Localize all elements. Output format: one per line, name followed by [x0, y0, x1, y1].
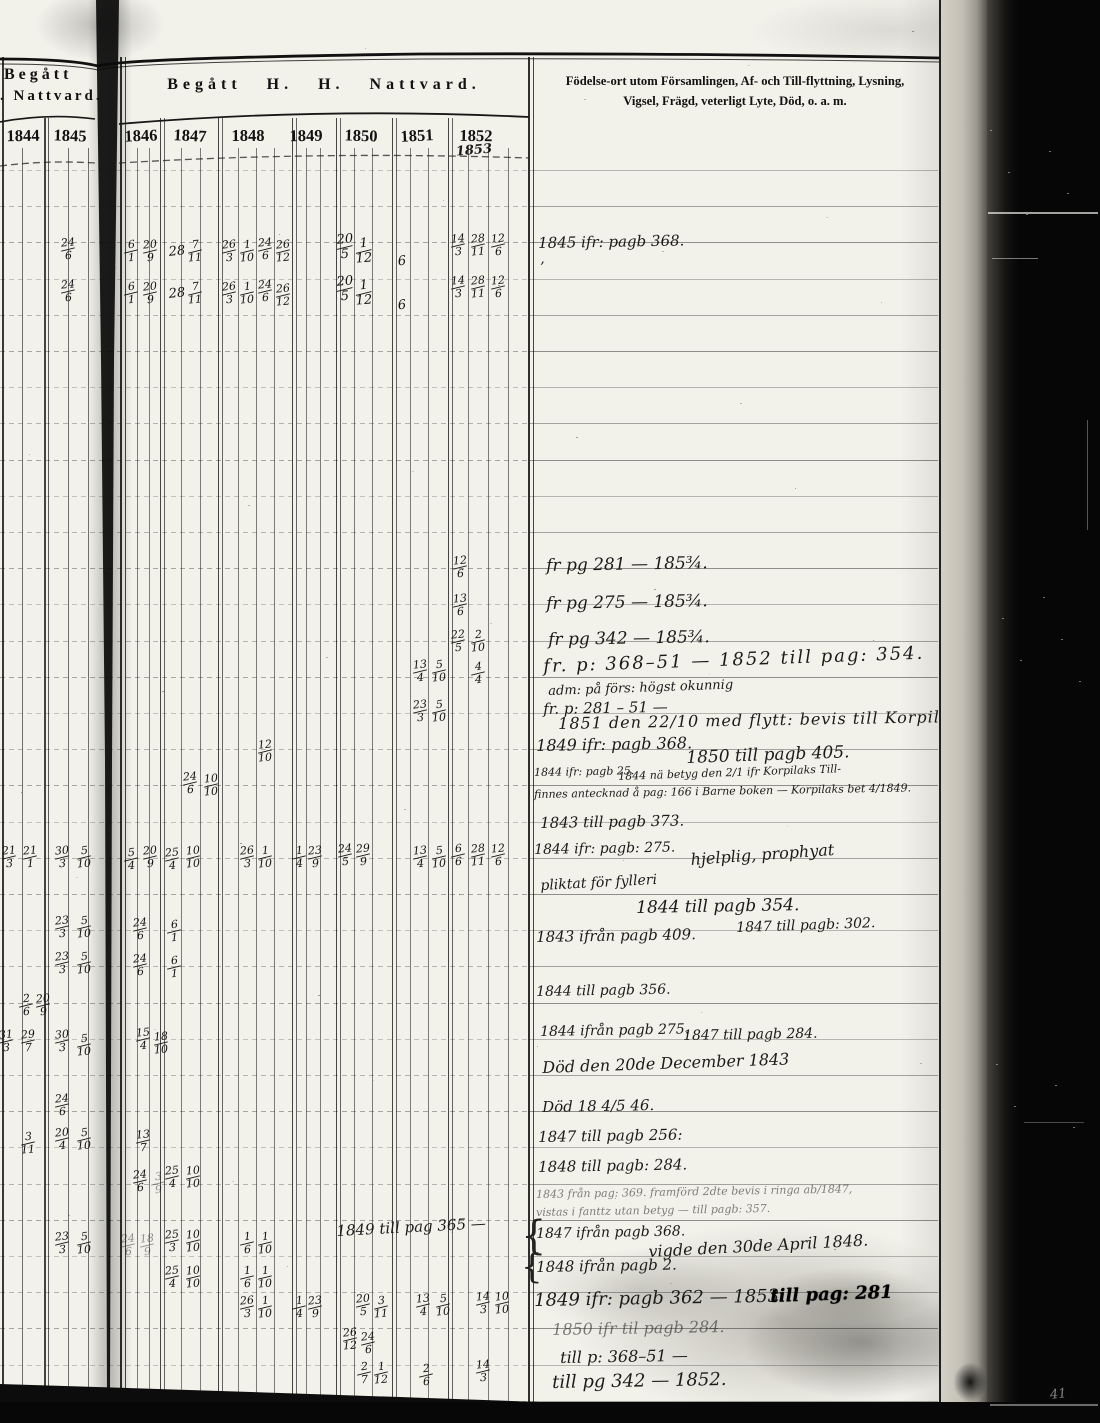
margin-note: 1848 ifrån pagb 2.: [536, 1256, 677, 1276]
paper-speck: [193, 420, 194, 421]
column-rule: [508, 148, 509, 1402]
date-part: 5: [80, 1232, 88, 1243]
date-part: 1: [243, 282, 251, 293]
communion-date-entry: 299: [356, 844, 370, 867]
communion-date-entry: 263: [240, 846, 254, 869]
communion-date-entry: 510: [432, 846, 446, 869]
column-rule: [256, 148, 257, 1402]
margin-note: till pag: 281: [770, 1282, 893, 1307]
date-part: 3: [5, 859, 13, 870]
row-rule: [530, 387, 938, 388]
date-part: 3: [454, 247, 462, 258]
margin-note: Död 18 4/5 46.: [542, 1096, 654, 1116]
date-part: 5: [340, 291, 349, 304]
communion-date-entry: 28: [168, 285, 186, 302]
communion-date-entry: 246: [61, 238, 75, 261]
date-part: 9: [146, 295, 154, 306]
communion-date-entry: 134: [413, 660, 427, 683]
date-part: 2: [422, 1364, 430, 1375]
communion-date-entry: 2811: [471, 276, 485, 299]
communion-date-entry: 28: [168, 243, 186, 260]
date-part: 12: [276, 253, 291, 264]
scan-dust-speck: [1079, 681, 1081, 682]
communion-date-entry: 233: [413, 700, 427, 723]
paper-speck: [498, 285, 500, 286]
column-rule: [468, 148, 469, 1402]
communion-date-entry: 112: [356, 280, 373, 307]
date-part: 1: [377, 1362, 385, 1373]
scan-dust-speck: [1055, 1085, 1057, 1086]
paper-speck: [834, 1249, 836, 1250]
communion-date-entry: 209: [143, 240, 157, 263]
margin-note: 1844 till pagb 356.: [536, 982, 671, 1000]
communion-date-entry: 134: [416, 1294, 430, 1317]
paper-speck: [920, 1063, 922, 1064]
row-rule: [0, 1075, 530, 1076]
row-rule: [530, 206, 938, 207]
date-part: 1: [261, 1296, 269, 1307]
row-rule: [530, 279, 938, 280]
column-rule: [274, 148, 275, 1402]
date-part: 9: [146, 859, 154, 870]
paper-speck: [412, 471, 414, 472]
date-part: 6: [58, 1107, 66, 1118]
communion-date-entry: 1210: [258, 740, 272, 763]
communion-date-entry: 110: [258, 846, 272, 869]
row-rule: [0, 785, 530, 786]
communion-date-entry: 297: [21, 1030, 35, 1053]
communion-date-entry: 303: [55, 846, 69, 869]
register-page-paper: Begått . Nattvard. Begått H. H. Nattvard…: [0, 0, 941, 1402]
communion-date-entry: 246: [55, 1094, 69, 1117]
date-part: 3: [24, 1132, 32, 1143]
page-edge-shading: [900, 0, 941, 1402]
paper-speck: [748, 65, 750, 66]
date-part: 1: [261, 1232, 269, 1243]
communion-date-entry: 136: [453, 594, 467, 617]
scan-scratch: [988, 212, 1098, 214]
date-part: 10: [186, 1179, 201, 1190]
date-part: 1: [359, 280, 368, 293]
communion-date-entry: 233: [55, 952, 69, 975]
communion-date-entry: 233: [55, 1232, 69, 1255]
date-part: 12: [276, 297, 291, 308]
communion-date-entry: 6: [397, 254, 407, 270]
scan-scratch: [1087, 420, 1088, 530]
column-rule: [428, 148, 429, 1402]
scan-dust-speck: [1073, 1127, 1075, 1128]
margin-note: 1849 ifr: pagb 368.: [536, 733, 692, 755]
communion-date-entry: 1010: [186, 1230, 200, 1253]
paper-speck: [826, 217, 828, 218]
date-part: 6: [243, 1279, 251, 1290]
date-part: 5: [80, 1034, 88, 1045]
margin-note: fr pg 275 — 185¾.: [546, 591, 708, 614]
margin-note: 1844 till pagb 354.: [636, 895, 800, 918]
row-rule: [530, 966, 938, 967]
date-part: 6: [170, 956, 178, 967]
communion-date-entry: 1010: [204, 774, 218, 797]
date-part: 5: [435, 700, 443, 711]
year-label: 1845: [53, 125, 87, 146]
column-rule: [200, 148, 201, 1402]
row-rule: [530, 532, 938, 533]
margin-note: 1847 till pagb 256:: [538, 1125, 683, 1146]
year-label: 1847: [173, 125, 207, 147]
date-part: 3: [243, 859, 251, 870]
date-part: 6: [261, 293, 269, 304]
communion-date-entry: 205: [356, 1294, 370, 1317]
scan-dust-speck: [1002, 618, 1004, 619]
date-part: 3: [58, 1245, 66, 1256]
date-part: 4: [419, 1307, 427, 1318]
row-rule: [0, 1365, 530, 1366]
date-part: 11: [471, 247, 486, 258]
row-rule: [0, 1003, 530, 1004]
margin-note: 1847 till pagb: 302.: [736, 915, 876, 936]
row-rule: [0, 713, 530, 714]
date-part: 6: [456, 569, 464, 580]
margin-note: vistas i fanttz utan betyg — till pagb: …: [536, 1202, 770, 1219]
date-part: 10: [258, 859, 273, 870]
date-part: 1: [243, 1266, 251, 1277]
date-part: 5: [435, 660, 443, 671]
scan-scratch: [990, 1404, 1098, 1406]
date-part: 11: [188, 295, 203, 306]
row-rule: [530, 496, 938, 497]
paper-speck: [248, 505, 250, 506]
communion-date-entry: 263: [222, 240, 236, 263]
column-rule: [306, 148, 307, 1402]
date-part: 9: [311, 1309, 319, 1320]
margin-note: hjelplig, prophyat: [690, 840, 835, 869]
date-part: 6: [261, 251, 269, 262]
paper-speck: [576, 437, 578, 438]
column-rule: [336, 118, 337, 1402]
communion-date-entry: 2811: [471, 844, 485, 867]
scan-dust-speck: [1020, 660, 1022, 661]
date-part: 3: [58, 965, 66, 976]
paper-speck: [670, 1283, 672, 1284]
date-part: 5: [80, 952, 88, 963]
date-part: 4: [474, 675, 482, 686]
date-part: 6: [64, 251, 72, 262]
column-rule: [218, 118, 219, 1402]
scan-dust-speck: [996, 1064, 998, 1065]
row-rule: [530, 1003, 938, 1004]
communion-date-entry: 205: [337, 276, 354, 303]
scan-bottom-black-edge: [0, 1402, 1100, 1423]
date-part: 6: [494, 289, 502, 300]
communion-date-entry: 204: [55, 1128, 69, 1151]
date-part: 5: [80, 916, 88, 927]
date-part: 1: [261, 846, 269, 857]
paper-speck: [76, 877, 78, 878]
communion-date-entry: 209: [143, 282, 157, 305]
communion-date-entry: 239: [308, 846, 322, 869]
date-part: 3: [243, 1309, 251, 1320]
margin-note: 1847 ifrån pagb 368.: [536, 1223, 685, 1242]
paper-speck: [154, 1029, 156, 1030]
book-gutter-shadow: [88, 0, 132, 1402]
communion-date-entry: 210: [471, 630, 485, 653]
communion-date-entry: 110: [240, 282, 254, 305]
notes-header-line2: Vigsel, Frägd, veterligt Lyte, Död, o. a…: [534, 92, 936, 112]
communion-date-entry: 711: [188, 240, 202, 263]
communion-date-entry: 209: [143, 846, 157, 869]
row-rule: [0, 532, 530, 533]
row-rule: [0, 822, 530, 823]
communion-date-entry: 1010: [186, 1266, 200, 1289]
date-part: 1: [295, 846, 303, 857]
communion-date-entry: 2612: [276, 284, 290, 307]
date-part: 4: [295, 859, 303, 870]
communion-date-entry: 126: [453, 556, 467, 579]
date-part: 3: [58, 929, 66, 940]
communion-date-entry: 254: [165, 1266, 179, 1289]
scan-dust-speck: [990, 130, 992, 131]
date-part: 3: [58, 1043, 66, 1054]
communion-date-entry: 211: [23, 846, 37, 869]
date-part: 12: [355, 295, 372, 308]
paper-speck: [451, 1232, 452, 1233]
date-part: 9: [359, 857, 367, 868]
column-rule: [137, 148, 138, 1402]
date-part: 3: [479, 1305, 487, 1316]
date-part: 2: [22, 994, 30, 1005]
date-part: 10: [186, 1243, 201, 1254]
communion-date-entry: 246: [258, 280, 272, 303]
margin-note: 1845 ifr: pagb 368.: [538, 231, 684, 252]
date-part: 10: [186, 859, 201, 870]
paper-speck: [201, 82, 202, 83]
date-part: 3: [2, 1043, 10, 1054]
paper-speck: [318, 995, 320, 996]
date-part: 3: [454, 289, 462, 300]
communion-date-entry: 1010: [186, 1166, 200, 1189]
date-part: 2: [474, 630, 482, 641]
communion-date-entry: 26: [419, 1364, 433, 1387]
margin-note: 1848 till pagb: 284.: [538, 1155, 687, 1176]
communion-date-entry: 126: [491, 234, 505, 257]
date-part: 10: [258, 1245, 273, 1256]
margin-note: 1843 ifrån pagb 409.: [536, 925, 696, 946]
communion-date-entry: 143: [451, 234, 465, 257]
communion-date-entry: 14: [292, 1296, 306, 1319]
date-part: 5: [80, 1128, 88, 1139]
date-part: 10: [471, 643, 486, 654]
communion-date-entry: 39: [151, 1172, 165, 1195]
date-part: 9: [154, 1185, 162, 1196]
column-rule: [160, 118, 161, 1402]
margin-note: 1844 ifr: pagb: 275.: [534, 840, 675, 858]
date-part: 10: [436, 1307, 451, 1318]
date-part: 6: [422, 1377, 430, 1388]
paper-speck: [68, 1215, 70, 1216]
communion-date-entry: 246: [61, 280, 75, 303]
communion-date-entry: 711: [188, 282, 202, 305]
date-part: 5: [341, 857, 349, 868]
communion-date-entry: 246: [258, 238, 272, 261]
column-rule: [340, 118, 341, 1402]
date-part: 5: [435, 846, 443, 857]
row-rule: [530, 351, 938, 352]
communion-date-entry: 213: [2, 846, 16, 869]
communion-date-entry: 246: [133, 954, 147, 977]
column-rule: [488, 148, 489, 1402]
paper-speck: [881, 302, 882, 303]
column-rule: [392, 118, 393, 1402]
year-label: 1844: [6, 126, 39, 147]
date-part: 5: [359, 1307, 367, 1318]
date-part: 9: [146, 253, 154, 264]
margin-note: Död den 20de December 1843: [542, 1049, 790, 1077]
communion-date-entry: 110: [240, 240, 254, 263]
date-part: 6: [186, 785, 194, 796]
communion-date-entry: 239: [308, 1296, 322, 1319]
scan-dust-speck: [1026, 214, 1028, 215]
communion-date-entry: 311: [374, 1296, 388, 1319]
date-part: 7: [139, 1143, 147, 1154]
communion-date-entry: 126: [491, 276, 505, 299]
communion-date-entry: 303: [55, 1030, 69, 1053]
margin-note: ’: [540, 260, 544, 276]
communion-date-entry: 61: [167, 956, 181, 979]
paper-speck: [529, 1384, 530, 1385]
paper-speck: [279, 234, 280, 235]
row-rule: [0, 315, 530, 316]
paper-speck: [287, 1266, 288, 1267]
date-part: 3: [225, 253, 233, 264]
paper-speck: [701, 1012, 702, 1013]
communion-date-entry: 16: [240, 1232, 254, 1255]
scanned-register-page: Begått . Nattvard. Begått H. H. Nattvard…: [0, 0, 1100, 1423]
paper-speck: [623, 860, 624, 861]
date-part: 4: [139, 1041, 147, 1052]
paper-speck: [662, 251, 664, 252]
paper-speck: [37, 116, 38, 117]
date-part: 4: [58, 1141, 66, 1152]
paper-speck: [365, 48, 366, 49]
margin-note: till pg 342 — 1852.: [552, 1369, 727, 1393]
date-part: 9: [311, 859, 319, 870]
row-rule: [0, 170, 530, 171]
column-rule: [22, 148, 23, 1402]
column-rule: [354, 148, 355, 1402]
row-rule: [530, 460, 938, 461]
paper-speck: [795, 488, 796, 489]
corner-handwritten-mark: 41: [1049, 1386, 1067, 1403]
row-rule: [0, 1111, 530, 1112]
row-rule: [530, 894, 938, 895]
row-rule: [530, 315, 938, 316]
date-part: 3: [479, 1373, 487, 1384]
edge-dark-blob: [953, 1362, 987, 1402]
scan-scratch: [992, 258, 1038, 259]
communion-date-entry: 112: [356, 238, 373, 265]
date-part: 4: [416, 673, 424, 684]
date-part: 11: [471, 857, 486, 868]
date-part: 3: [377, 1296, 385, 1307]
column-rule: [44, 118, 46, 1402]
date-part: 6: [136, 967, 144, 978]
date-part: 6: [456, 607, 464, 618]
row-rule: [0, 496, 530, 497]
date-part: 1: [170, 969, 178, 980]
date-part: 7: [24, 1043, 32, 1054]
paper-speck: [873, 640, 874, 641]
communion-date-entry: 313: [0, 1030, 13, 1053]
communion-date-entry: 246: [361, 1332, 375, 1355]
paper-speck: [740, 403, 742, 404]
year-label: 1849: [289, 126, 322, 147]
paper-speck: [912, 31, 914, 32]
column-rule: [452, 118, 453, 1402]
row-rule: [530, 677, 938, 678]
date-part: 9: [143, 1247, 151, 1258]
communion-date-entry: 143: [451, 276, 465, 299]
date-part: 3: [154, 1172, 162, 1183]
paper-speck: [240, 843, 242, 844]
scan-scratch: [1024, 1122, 1084, 1123]
row-rule: [530, 1147, 938, 1148]
margin-note: 1849 till pag 365 —: [336, 1214, 486, 1240]
paper-speck: [490, 623, 492, 624]
column-rule: [372, 148, 373, 1402]
row-rule: [0, 1292, 530, 1293]
paper-speck: [537, 1046, 538, 1047]
paper-speck: [709, 674, 710, 675]
date-part: 6: [64, 293, 72, 304]
date-part: 7: [191, 282, 199, 293]
scan-dust-speck: [1043, 597, 1045, 598]
communion-date-entry: 110: [258, 1266, 272, 1289]
communion-date-entry: 44: [471, 662, 485, 685]
communion-date-entry: 233: [55, 916, 69, 939]
date-part: 5: [454, 643, 462, 654]
column-rule: [410, 148, 411, 1402]
notes-column-header: Födelse-ort utom Församlingen, Af- och T…: [534, 72, 936, 111]
scan-dust-speck: [1049, 151, 1051, 152]
communion-date-entry: 205: [337, 234, 354, 261]
date-part: 12: [374, 1375, 389, 1386]
date-part: 4: [168, 1179, 176, 1190]
date-part: 4: [474, 662, 482, 673]
paper-speck: [29, 454, 30, 455]
column-rule: [222, 118, 223, 1402]
scan-dust-speck: [1061, 639, 1063, 640]
row-rule: [0, 351, 530, 352]
paper-speck: [232, 1181, 234, 1182]
column-rule: [68, 148, 69, 1402]
date-part: 6: [454, 844, 462, 855]
left-partial-header-line1: Begått: [4, 66, 72, 84]
paper-speck: [373, 1080, 374, 1081]
communion-date-entry: 134: [413, 846, 427, 869]
date-part: 3: [168, 1243, 176, 1254]
date-part: 1: [295, 1296, 303, 1307]
communion-date-entry: 2612: [343, 1328, 357, 1351]
communion-date-entry: 2612: [276, 240, 290, 263]
date-part: 10: [258, 1309, 273, 1320]
date-part: 1: [170, 933, 178, 944]
date-part: 4: [168, 1279, 176, 1290]
row-rule: [0, 604, 530, 605]
column-rule: [396, 118, 397, 1402]
date-part: 10: [154, 1045, 169, 1056]
row-rule: [530, 1220, 938, 1221]
communion-date-entry: 110: [258, 1232, 272, 1255]
